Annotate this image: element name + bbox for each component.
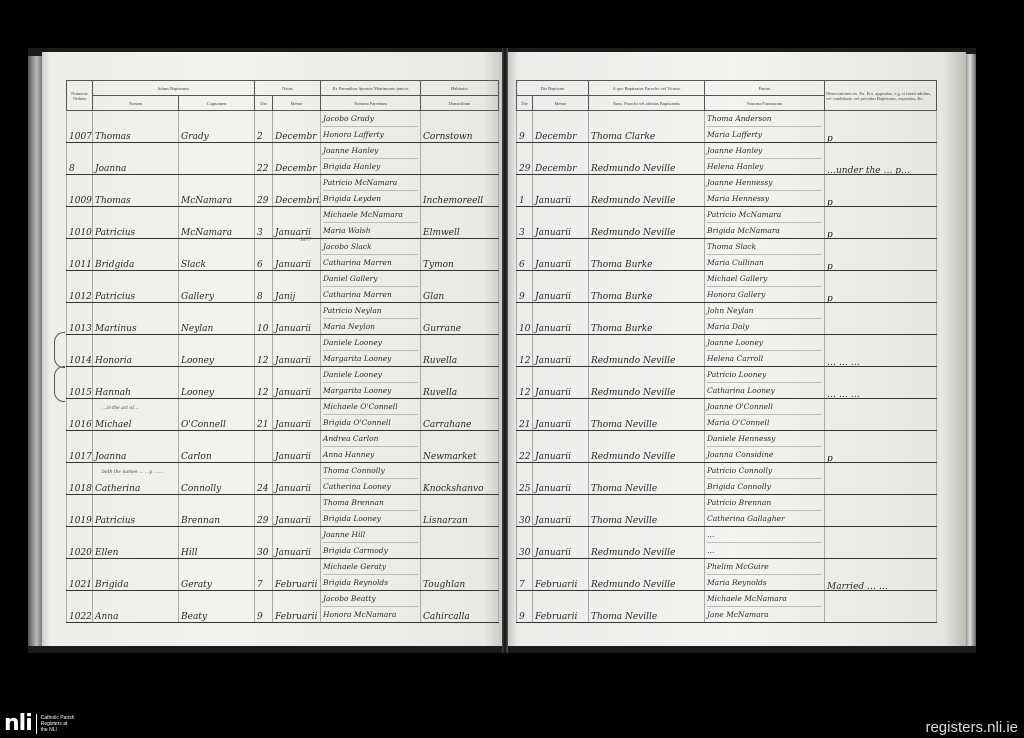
subheader-parent-names: Nomina Parentum [321, 96, 421, 111]
infant-surname: O'Connell [179, 399, 255, 431]
father-name: Michaele McNamara [323, 207, 418, 223]
baptizing-priest: Thoma Burke [589, 303, 705, 335]
baptism-day: 1 [517, 175, 533, 207]
birth-month: Decembr [273, 111, 321, 143]
header-number: Numerus Ordinis [67, 81, 93, 111]
birth-month: Januarii [273, 431, 321, 463]
baptism-day: 9 [517, 271, 533, 303]
infant-surname: Grady [179, 111, 255, 143]
godfather-name: John Neylan [707, 303, 822, 319]
father-name: Jacobo Slack [323, 239, 418, 255]
header-baptizer: A quo Baptizatus Parocho vel Vicario [589, 81, 705, 96]
birth-month: Februarii [273, 591, 321, 623]
birth-day: 24 [255, 463, 273, 495]
baptism-month: Januarii [533, 239, 589, 271]
entry-number: 1013 [67, 303, 93, 335]
observation-note: p [825, 111, 937, 143]
observation-note: … … … [825, 367, 937, 399]
baptizing-priest: Thoma Clarke [589, 111, 705, 143]
godmother-name: Maria Daly [707, 319, 822, 334]
godmother-name: Brigida Connolly [707, 479, 822, 494]
godmother-name: Helena Carroll [707, 351, 822, 366]
birth-month: Januarii [273, 495, 321, 527]
baptizing-priest: Thoma Burke [589, 271, 705, 303]
baptism-day: 12 [517, 367, 533, 399]
godmother-name: Joanna Considine [707, 447, 822, 462]
parents-cell: Daniele LooneyMargarita Looney [321, 335, 421, 367]
baptism-month: Decembr [533, 143, 589, 175]
godmother-name: Maria Hennessy [707, 191, 822, 206]
father-name: Jacobo Beatty [323, 591, 418, 607]
observation-note: Married … … [825, 559, 937, 591]
birth-day: 29 [255, 175, 273, 207]
parents-cell: Michaele McNamaraMaria Walsh [321, 207, 421, 239]
baptizing-priest: Thoma Neville [589, 591, 705, 623]
baptism-day: 9 [517, 591, 533, 623]
baptism-day: 7 [517, 559, 533, 591]
infant-name: Honoria [93, 335, 179, 367]
baptism-month: Decembr [533, 111, 589, 143]
mother-name: Brigida Reynolds [323, 575, 418, 590]
logo-divider [36, 714, 37, 734]
sponsors-cell: Phelim McGuireMaria Reynolds [705, 559, 825, 591]
table-row: 1010PatriciusMcNamara3JanuariiMichaele M… [67, 207, 499, 239]
birth-day: 3 [255, 207, 273, 239]
infant-surname: Gallery [179, 271, 255, 303]
site-link[interactable]: registers.nli.ie [925, 719, 1018, 736]
bracket-mark [54, 332, 65, 368]
table-row: 25JanuariiThoma NevillePatricio Connolly… [517, 463, 937, 495]
sponsors-cell: Joanne LooneyHelena Carroll [705, 335, 825, 367]
entry-number: 1022 [67, 591, 93, 623]
birth-day: 12 [255, 367, 273, 399]
godfather-name: Joanne Hanley [707, 143, 822, 159]
baptizing-priest: Thoma Neville [589, 463, 705, 495]
table-row: 22JanuariiRedmundo NevilleDaniele Hennes… [517, 431, 937, 463]
parents-cell: Patricio McNamaraBrigida Leyden [321, 175, 421, 207]
infant-surname: Slack [179, 239, 255, 271]
infant-surname [179, 143, 255, 175]
baptism-day: 30 [517, 495, 533, 527]
baptism-month: Januarii [533, 335, 589, 367]
sponsors-cell: Thoma SlackMaria Cullinan [705, 239, 825, 271]
infant-name: Michael [93, 399, 179, 431]
baptizing-priest: Redmundo Neville [589, 559, 705, 591]
sponsors-cell: Michael GalleryHonora Gallery [705, 271, 825, 303]
table-row: 1016MichaelO'Connell21JanuariiMichaele O… [67, 399, 499, 431]
observation-note: p [825, 175, 937, 207]
godfather-name: Patricio Brennan [707, 495, 822, 511]
nli-logo[interactable]: nli Catholic Parish Registers at the NLI [4, 712, 74, 736]
header-born: Natus [255, 81, 321, 96]
godfather-name: Joanne Looney [707, 335, 822, 351]
parents-cell: Daniel GalleryCatharina Marren [321, 271, 421, 303]
sponsors-cell: Patricio McNamaraBrigida McNamara [705, 207, 825, 239]
subheader-month: Mense [273, 96, 321, 111]
sponsors-cell: Joanne HanleyHelena Hanley [705, 143, 825, 175]
godmother-name: Maria Reynolds [707, 575, 822, 590]
mother-name: Brigida Hanley [323, 159, 418, 174]
birth-month: Januarii [273, 463, 321, 495]
baptism-day: 22 [517, 431, 533, 463]
table-row: 1022AnnaBeaty9FebruariiJacobo BeattyHono… [67, 591, 499, 623]
mother-name: Brigida O'Connell [323, 415, 418, 430]
mother-name: Maria Walsh [323, 223, 418, 238]
godfather-name: Phelim McGuire [707, 559, 822, 575]
table-row: 1018CatherinaConnolly24JanuariiThoma Con… [67, 463, 499, 495]
row-annotation: both the names … …y. …… [102, 470, 163, 475]
birth-day: 12 [255, 335, 273, 367]
mother-name: Catherina Looney [323, 479, 418, 494]
godmother-name: Jane McNamara [707, 607, 822, 622]
godfather-name: Daniele Hennessy [707, 431, 822, 447]
mother-name: Maria Neylon [323, 319, 418, 334]
table-row: 7FebruariiRedmundo NevillePhelim McGuire… [517, 559, 937, 591]
infant-name: Patricius [93, 495, 179, 527]
left-register-rows: 1007ThomasGrady2DecembrJacobo GradyHonor… [67, 111, 499, 623]
table-row: 1011BridgidaSlack6JanuariiJacobo SlackCa… [67, 239, 499, 271]
parents-cell: Jacobo BeattyHonora McNamara [321, 591, 421, 623]
abode: Inchemoreell [421, 175, 499, 207]
entry-number: 1016 [67, 399, 93, 431]
baptism-day: 3 [517, 207, 533, 239]
mother-name: Margarita Looney [323, 383, 418, 398]
entry-number: 1010 [67, 207, 93, 239]
mother-name: Catharina Marren [323, 287, 418, 302]
header-observations: Observationes ex. Ex. Ecs. appositas, e.… [825, 81, 937, 111]
table-row: 6JanuariiThoma BurkeThoma SlackMaria Cul… [517, 239, 937, 271]
infant-name: Hannah [93, 367, 179, 399]
baptism-month: Januarii [533, 527, 589, 559]
abode: Ruvella [421, 367, 499, 399]
table-row: 30JanuariiRedmundo Neville…… [517, 527, 937, 559]
birth-month: Januarii [273, 303, 321, 335]
infant-name: Catherina [93, 463, 179, 495]
birth-day [255, 431, 273, 463]
godmother-name: … [707, 543, 822, 558]
right-page: Die Baptismi A quo Baptizatus Parocho ve… [508, 52, 966, 646]
parents-cell: Thoma ConnollyCatherina Looney [321, 463, 421, 495]
baptism-register-right: Die Baptismi A quo Baptizatus Parocho ve… [516, 80, 937, 623]
birth-day: 10 [255, 303, 273, 335]
book-edge-right [966, 54, 976, 646]
birth-month: Januarii [273, 335, 321, 367]
entry-number: 1015 [67, 367, 93, 399]
baptizing-priest: Thoma Neville [589, 399, 705, 431]
godfather-name: Michaele McNamara [707, 591, 822, 607]
godfather-name: Patricio McNamara [707, 207, 822, 223]
godmother-name: Maria O'Connell [707, 415, 822, 430]
observation-note: p [825, 431, 937, 463]
table-row: 1017JoannaCarlonJanuariiAndrea CarlonAnn… [67, 431, 499, 463]
entry-number: 1017 [67, 431, 93, 463]
godmother-name: Catherina Gallagher [707, 511, 822, 526]
birth-day: 30 [255, 527, 273, 559]
abode: Cahircalla [421, 591, 499, 623]
mother-name: Margarita Looney [323, 351, 418, 366]
entry-number: 1012 [67, 271, 93, 303]
table-row: 1020EllenHill30JanuariiJoanne HillBrigid… [67, 527, 499, 559]
abode: Lisnarzan [421, 495, 499, 527]
parents-cell: Patricio NeylanMaria Neylon [321, 303, 421, 335]
parents-cell: Joanne HanleyBrigida Hanley [321, 143, 421, 175]
subheader-surname: Cognomen [179, 96, 255, 111]
baptism-month: Januarii [533, 463, 589, 495]
mother-name: Honora McNamara [323, 607, 418, 622]
father-name: Patricio McNamara [323, 175, 418, 191]
logo-caption-line: the NLI [41, 727, 57, 733]
table-row: 1015HannahLooney12JanuariiDaniele Looney… [67, 367, 499, 399]
parents-cell: Thoma BrennanBrigida Looney [321, 495, 421, 527]
table-row: 9JanuariiThoma BurkeMichael GalleryHonor… [517, 271, 937, 303]
baptizing-priest: Redmundo Neville [589, 431, 705, 463]
birth-day: 2 [255, 111, 273, 143]
register-book: Numerus Ordinis Infans Baptizatus Natus … [28, 48, 976, 653]
observation-note [825, 399, 937, 431]
parents-cell: Michaele O'ConnellBrigida O'Connell [321, 399, 421, 431]
baptizing-priest: Redmundo Neville [589, 367, 705, 399]
entry-number: 1009 [67, 175, 93, 207]
entry-number: 1019 [67, 495, 93, 527]
subheader-domicile: Domicilium [421, 96, 499, 111]
abode [421, 143, 499, 175]
table-row: 8Joanna22DecembrJoanne HanleyBrigida Han… [67, 143, 499, 175]
observation-note: p [825, 239, 937, 271]
entry-number: 1021 [67, 559, 93, 591]
observation-note: …under the … p… [825, 143, 937, 175]
sponsors-cell: John NeylanMaria Daly [705, 303, 825, 335]
mother-name: Brigida Looney [323, 511, 418, 526]
infant-name: Patricius [93, 207, 179, 239]
mother-name: Honora Lafferty [323, 127, 418, 142]
infant-surname: Looney [179, 335, 255, 367]
godfather-name: Thoma Slack [707, 239, 822, 255]
godmother-name: Catharina Looney [707, 383, 822, 398]
infant-name: Joanna [93, 143, 179, 175]
table-row: 1014HonoriaLooney12JanuariiDaniele Loone… [67, 335, 499, 367]
header-infant: Infans Baptizatus [93, 81, 255, 96]
baptizing-priest: Thoma Neville [589, 495, 705, 527]
godmother-name: Helena Hanley [707, 159, 822, 174]
birth-day: 7 [255, 559, 273, 591]
infant-surname: Connolly [179, 463, 255, 495]
abode: Toughlan [421, 559, 499, 591]
birth-day: 22 [255, 143, 273, 175]
baptism-month: Januarii [533, 207, 589, 239]
abode: Ruvella [421, 335, 499, 367]
baptism-month: Januarii [533, 303, 589, 335]
birth-day: 6 [255, 239, 273, 271]
subheader-day: Die [255, 96, 273, 111]
table-row: 1009ThomasMcNamara29DecembrisPatricio Mc… [67, 175, 499, 207]
infant-name: Ellen [93, 527, 179, 559]
sponsors-cell: Joanne O'ConnellMaria O'Connell [705, 399, 825, 431]
birth-month: Decembr [273, 143, 321, 175]
infant-surname: Beaty [179, 591, 255, 623]
table-row: 10JanuariiThoma BurkeJohn NeylanMaria Da… [517, 303, 937, 335]
baptizing-priest: Redmundo Neville [589, 143, 705, 175]
bracket-mark [54, 366, 65, 402]
father-name: Jacobo Grady [323, 111, 418, 127]
observation-note [825, 495, 937, 527]
infant-name: Brigida [93, 559, 179, 591]
entry-number: 1014 [67, 335, 93, 367]
abode: Glan [421, 271, 499, 303]
header-baptism-date: Die Baptismi [517, 81, 589, 96]
baptism-day: 6 [517, 239, 533, 271]
entry-number: 1018 [67, 463, 93, 495]
godmother-name: Maria Lafferty [707, 127, 822, 142]
sponsors-cell: Joanne HennessyMaria Hennessy [705, 175, 825, 207]
infant-name: Martinus [93, 303, 179, 335]
table-row: 1013MartinusNeylan10JanuariiPatricio Ney… [67, 303, 499, 335]
observation-note: p [825, 207, 937, 239]
infant-name: Joanna [93, 431, 179, 463]
father-name: Andrea Carlon [323, 431, 418, 447]
infant-name: Bridgida [93, 239, 179, 271]
godfather-name: Patricio Looney [707, 367, 822, 383]
baptizing-priest: Redmundo Neville [589, 207, 705, 239]
infant-name: Thomas [93, 111, 179, 143]
sponsors-cell: Daniele HennessyJoanna Considine [705, 431, 825, 463]
father-name: Joanne Hanley [323, 143, 418, 159]
baptism-day: 25 [517, 463, 533, 495]
observation-note: p [825, 271, 937, 303]
father-name: Michaele Geraty [323, 559, 418, 575]
table-row: 21JanuariiThoma NevilleJoanne O'ConnellM… [517, 399, 937, 431]
baptism-register-left: Numerus Ordinis Infans Baptizatus Natus … [66, 80, 499, 623]
mother-name: Brigida Leyden [323, 191, 418, 206]
book-edge-left [28, 56, 42, 646]
infant-name: Patricius [93, 271, 179, 303]
birth-month: Janij [273, 271, 321, 303]
baptizing-priest: Redmundo Neville [589, 527, 705, 559]
baptism-day: 12 [517, 335, 533, 367]
abode: Tymon [421, 239, 499, 271]
infant-surname: Neylan [179, 303, 255, 335]
parents-cell: Andrea CarlonAnna Hanney [321, 431, 421, 463]
mother-name: Brigida Carmody [323, 543, 418, 558]
sponsors-cell: Patricio ConnollyBrigida Connolly [705, 463, 825, 495]
infant-surname: Brennan [179, 495, 255, 527]
abode: Elmwell [421, 207, 499, 239]
header-sponsors: Patrini [705, 81, 825, 96]
baptism-month: Februarii [533, 591, 589, 623]
birth-month: Januarii [273, 239, 321, 271]
logo-caption: Catholic Parish Registers at the NLI [41, 715, 75, 733]
baptism-month: Januarii [533, 271, 589, 303]
mother-name: Anna Hanney [323, 447, 418, 462]
baptism-month: Februarii [533, 559, 589, 591]
observation-note [825, 303, 937, 335]
sponsors-cell: Michaele McNamaraJane McNamara [705, 591, 825, 623]
observation-note [825, 591, 937, 623]
baptism-month: Januarii [533, 399, 589, 431]
subheader-month: Mense [533, 96, 589, 111]
observation-note [825, 527, 937, 559]
infant-surname: Looney [179, 367, 255, 399]
godfather-name: Thoma Anderson [707, 111, 822, 127]
parents-cell: Michaele GeratyBrigida Reynolds [321, 559, 421, 591]
observation-note: … … … [825, 335, 937, 367]
infant-surname: McNamara [179, 175, 255, 207]
baptizing-priest: Thoma Burke [589, 239, 705, 271]
row-annotation: …in the act of… [102, 406, 138, 411]
father-name: Patricio Neylan [323, 303, 418, 319]
sponsors-cell: Patricio LooneyCatharina Looney [705, 367, 825, 399]
baptizing-priest: Redmundo Neville [589, 175, 705, 207]
infant-name: Anna [93, 591, 179, 623]
sponsors-cell: Patricio BrennanCatherina Gallagher [705, 495, 825, 527]
birth-month: Januarii [273, 527, 321, 559]
parents-cell: Joanne HillBrigida Carmody [321, 527, 421, 559]
subheader-sponsor-names: Nomina Patrinorum [705, 96, 825, 111]
baptism-month: Januarii [533, 175, 589, 207]
baptism-month: Januarii [533, 495, 589, 527]
godfather-name: Joanne Hennessy [707, 175, 822, 191]
header-abode: Habitatio [421, 81, 499, 96]
left-page: Numerus Ordinis Infans Baptizatus Natus … [42, 52, 502, 646]
table-row: 9FebruariiThoma NevilleMichaele McNamara… [517, 591, 937, 623]
observation-note [825, 463, 937, 495]
subheader-name: Nomen [93, 96, 179, 111]
table-row: 12JanuariiRedmundo NevilleJoanne LooneyH… [517, 335, 937, 367]
table-row: 1019PatriciusBrennan29JanuariiThoma Bren… [67, 495, 499, 527]
godfather-name: Michael Gallery [707, 271, 822, 287]
godmother-name: Brigida McNamara [707, 223, 822, 238]
infant-name: Thomas [93, 175, 179, 207]
father-name: Joanne Hill [323, 527, 418, 543]
abode [421, 527, 499, 559]
parents-cell: Jacobo GradyHonora Lafferty [321, 111, 421, 143]
parents-cell: Daniele LooneyMargarita Looney [321, 367, 421, 399]
subheader-priest: Nom. Parochi vel alterius Baptizantis [589, 96, 705, 111]
entry-number: 8 [67, 143, 93, 175]
table-row: 12JanuariiRedmundo NevillePatricio Loone… [517, 367, 937, 399]
birth-month: Januarii [273, 207, 321, 239]
entry-number: 1011 [67, 239, 93, 271]
godfather-name: … [707, 527, 822, 543]
father-name: Daniele Looney [323, 335, 418, 351]
birth-day: 29 [255, 495, 273, 527]
father-name: Thoma Connolly [323, 463, 418, 479]
abode: Newmarket [421, 431, 499, 463]
parents-cell: Jacobo SlackCatharina Marren [321, 239, 421, 271]
abode: Carrahane [421, 399, 499, 431]
entry-number: 1020 [67, 527, 93, 559]
godmother-name: Maria Cullinan [707, 255, 822, 270]
baptism-day: 21 [517, 399, 533, 431]
nli-logo-mark: nli [4, 713, 32, 735]
baptism-day: 30 [517, 527, 533, 559]
mother-name: Catharina Marren [323, 255, 418, 270]
birth-day: 8 [255, 271, 273, 303]
sponsors-cell: Thoma AndersonMaria Lafferty [705, 111, 825, 143]
infant-surname: Carlon [179, 431, 255, 463]
right-register-rows: 9DecembrThoma ClarkeThoma AndersonMaria … [517, 111, 937, 623]
table-row: 30JanuariiThoma NevillePatricio BrennanC… [517, 495, 937, 527]
father-name: Thoma Brennan [323, 495, 418, 511]
baptism-day: 29 [517, 143, 533, 175]
baptism-month: Januarii [533, 431, 589, 463]
table-row: 1JanuariiRedmundo NevilleJoanne Hennessy… [517, 175, 937, 207]
table-row: 1012PatriciusGallery8JanijDaniel Gallery… [67, 271, 499, 303]
sponsors-cell: …… [705, 527, 825, 559]
header-parents: Ex Parentibus Sponsis Matrimonio junctis [321, 81, 421, 96]
birth-month: Februarii [273, 559, 321, 591]
baptism-day: 9 [517, 111, 533, 143]
baptism-month: Januarii [533, 367, 589, 399]
